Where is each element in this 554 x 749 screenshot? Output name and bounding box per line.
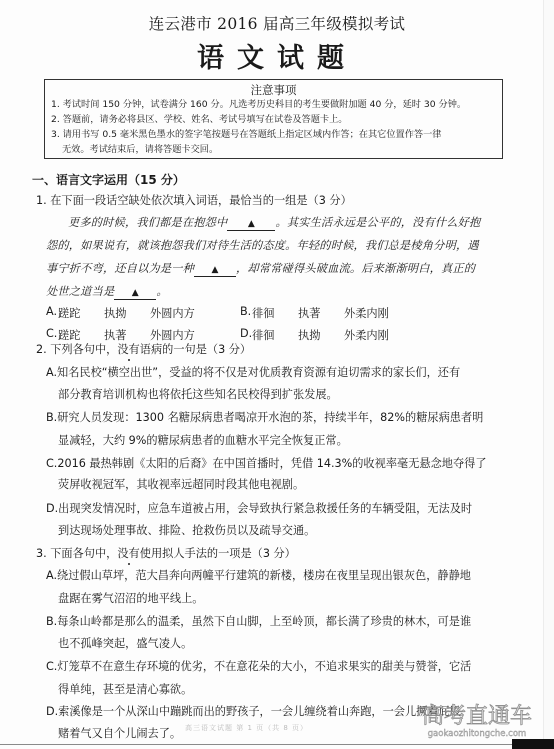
notice-line-3-cont: 无效。考试结束后，请将答题卡交回。 bbox=[45, 142, 502, 157]
page-corner-shadow bbox=[512, 739, 554, 749]
option-label: A. bbox=[46, 366, 57, 379]
question-3-stem: 3. 下面各句中，没有使用拟人手法的一项是（3 分） bbox=[36, 545, 296, 561]
page-footer: 高三语文试题 第 1 页（共 8 页） bbox=[185, 723, 308, 733]
option-label: A. bbox=[46, 305, 57, 318]
fill-blank-2: ▲ bbox=[194, 264, 236, 277]
notice-line-3: 3. 请用书写 0.5 毫米黑色墨水的签字笔按题号在答题纸上指定区域内作答；在其… bbox=[45, 127, 502, 142]
watermark-logo-text: 高考直通车 bbox=[402, 705, 552, 729]
option-word: 徘徊 bbox=[252, 327, 274, 343]
q1-passage-line-2: 怨的，如果说有，就该抱怨我们对待生活的态度。年轻的时候，我们总是棱角分明，遇 bbox=[46, 237, 479, 253]
fill-blank-3: ▲ bbox=[114, 287, 156, 300]
stem-text: 语病的一句是（3 分） bbox=[140, 343, 251, 356]
q3-option-b-cont: 也不孤峰突起，盛气凌人。 bbox=[58, 635, 192, 651]
option-text: 绕过假山草坪，范大昌奔向两幢平行建筑的新楼，楼房在夜里呈现出银灰色，静静地 bbox=[57, 569, 471, 582]
q2-option-d: D.出现突发情况时，应急车道被占用，会导致执行紧急救援任务的车辆受阻，无法及时 bbox=[46, 500, 472, 516]
q1-passage-text: ，却常常碰得头破血流。后来渐渐明白，真正的 bbox=[236, 262, 475, 275]
option-word: 徘徊 bbox=[252, 305, 274, 321]
option-word: 执拗 bbox=[104, 305, 126, 321]
option-label: C. bbox=[46, 327, 57, 340]
q1-passage-text: 处世之道当是 bbox=[46, 285, 114, 298]
fill-blank-1: ▲ bbox=[227, 218, 275, 231]
q3-option-c: C.灯笼草不在意生存环境的优劣，不在意花朵的大小，不追求果实的甜美与赞誉，它活 bbox=[46, 658, 471, 674]
option-text: 2016 最热韩剧《太阳的后裔》在中国首播时，凭借 14.3%的收视率毫无悬念地… bbox=[57, 457, 486, 470]
option-word: 蹉跎 bbox=[58, 305, 80, 321]
notice-title: 注意事项 bbox=[45, 82, 502, 97]
q2-option-a: A.知名民校“横空出世”，受益的将不仅是对优质教育资源有迫切需求的家长们，还有 bbox=[46, 364, 460, 380]
stem-text: 2. 下列各句中， bbox=[36, 343, 117, 356]
emphasized-text: 没有 bbox=[117, 545, 139, 561]
option-label: B. bbox=[46, 615, 57, 628]
option-label: A. bbox=[46, 569, 57, 582]
q2-option-b: B.研究人员发现：1300 名糖尿病患者喝凉开水泡的茶，持续半年，82%的糖尿病… bbox=[46, 409, 483, 425]
notice-box: 注意事项 1. 考试时间 150 分钟，试卷满分 160 分。凡选考历史科目的考… bbox=[44, 79, 503, 159]
q2-option-b-cont: 显减轻，大约 9%的糖尿病患者的血糖水平完全恢复正常。 bbox=[58, 432, 348, 448]
q1-passage-text: 事宁折不弯，还自以为是一种 bbox=[46, 262, 194, 275]
emphasized-text: 没有 bbox=[117, 341, 139, 357]
section-title: 一、语言文字运用（15 分） bbox=[32, 171, 185, 188]
notice-line-2: 2. 答题前，请务必将县区、学校、姓名、考试号填写在试卷及答题卡上。 bbox=[45, 112, 502, 127]
q1-passage-line-4: 处世之道当是▲。 bbox=[46, 283, 168, 300]
q1-passage-text: 。其实生活永远是公平的，没有什么好抱 bbox=[275, 216, 480, 229]
option-label: C. bbox=[46, 660, 57, 673]
option-text: 出现突发情况时，应急车道被占用，会导致执行紧急救援任务的车辆受阻，无法及时 bbox=[58, 502, 472, 515]
q3-option-b: B.每条山岭都是那么的温柔，虽然下自山脚，上至岭顶，都长满了珍贵的林木，可是谁 bbox=[46, 613, 471, 629]
page-bottom-edge bbox=[0, 744, 554, 745]
q2-option-c-cont: 荧屏收视冠军，其收视率远超同时段其他电视剧。 bbox=[58, 476, 304, 492]
exam-title: 语文试题 bbox=[0, 36, 554, 75]
q2-option-c: C.2016 最热韩剧《太阳的后裔》在中国首播时，凭借 14.3%的收视率毫无悬… bbox=[46, 455, 487, 471]
option-word: 外柔内刚 bbox=[344, 305, 389, 321]
option-label: C. bbox=[46, 457, 57, 470]
q1-passage-text: 更多的时候，我们都是在抱怨中 bbox=[68, 216, 227, 229]
option-text: 知名民校“横空出世”，受益的将不仅是对优质教育资源有迫切需求的家长们，还有 bbox=[57, 366, 460, 379]
option-label: B. bbox=[46, 411, 57, 424]
option-word: 外圆内方 bbox=[150, 305, 195, 321]
question-1-stem: 1. 在下面一段话空缺处依次填入词语，最恰当的一组是（3 分） bbox=[36, 192, 352, 208]
option-label: B. bbox=[240, 305, 251, 318]
q2-option-d-cont: 到达现场处理事故、排险、抢救伤员以及疏导交通。 bbox=[58, 522, 315, 538]
option-text: 每条山岭都是那么的温柔，虽然下自山脚，上至岭顶，都长满了珍贵的林木，可是谁 bbox=[57, 615, 471, 628]
stem-text: 使用拟人手法的一项是（3 分） bbox=[140, 547, 296, 560]
q1-passage-line-1: 更多的时候，我们都是在抱怨中▲。其实生活永远是公平的，没有什么好抱 bbox=[68, 214, 480, 231]
stem-text: 3. 下面各句中， bbox=[36, 547, 117, 560]
option-word: 外柔内刚 bbox=[344, 327, 389, 343]
option-label: D. bbox=[46, 705, 58, 718]
notice-line-1: 1. 考试时间 150 分钟，试卷满分 160 分。凡选考历史科目的考生要做附加… bbox=[45, 97, 502, 112]
q3-option-a-cont: 盘踞在雾气沼沼的地平线上。 bbox=[58, 590, 203, 606]
q3-option-d-cont: 赌着气又自个儿闹去了。 bbox=[58, 725, 181, 741]
q2-option-a-cont: 部分教育培训机构也将依托这些知名民校得到扩张发展。 bbox=[58, 386, 338, 402]
option-text: 研究人员发现：1300 名糖尿病患者喝凉开水泡的茶，持续半年，82%的糖尿病患者… bbox=[57, 411, 483, 424]
exam-page: 连云港市 2016 届高三年级模拟考试 语文试题 注意事项 1. 考试时间 15… bbox=[0, 0, 554, 749]
q1-passage-line-3: 事宁折不弯，还自以为是一种▲，却常常碰得头破血流。后来渐渐明白，真正的 bbox=[46, 260, 475, 277]
q1-passage-text: 。 bbox=[156, 285, 167, 298]
question-2-stem: 2. 下列各句中，没有语病的一句是（3 分） bbox=[36, 341, 251, 357]
option-word: 执著 bbox=[298, 305, 320, 321]
option-text: 灯笼草不在意生存环境的优劣，不在意花朵的大小，不追求果实的甜美与赞誉，它活 bbox=[57, 660, 471, 673]
watermark: 高考直通车 gaokaozhitongche.com bbox=[402, 705, 552, 740]
option-label: D. bbox=[46, 502, 58, 515]
q3-option-a: A.绕过假山草坪，范大昌奔向两幢平行建筑的新楼，楼房在夜里呈现出银灰色，静静地 bbox=[46, 567, 471, 583]
q3-option-c-cont: 得单纯，甚至是清心寡欲。 bbox=[58, 681, 192, 697]
page-right-edge bbox=[543, 0, 554, 749]
option-word: 执拗 bbox=[298, 327, 320, 343]
option-label: D. bbox=[240, 327, 252, 340]
exam-subtitle: 连云港市 2016 届高三年级模拟考试 bbox=[0, 12, 554, 34]
